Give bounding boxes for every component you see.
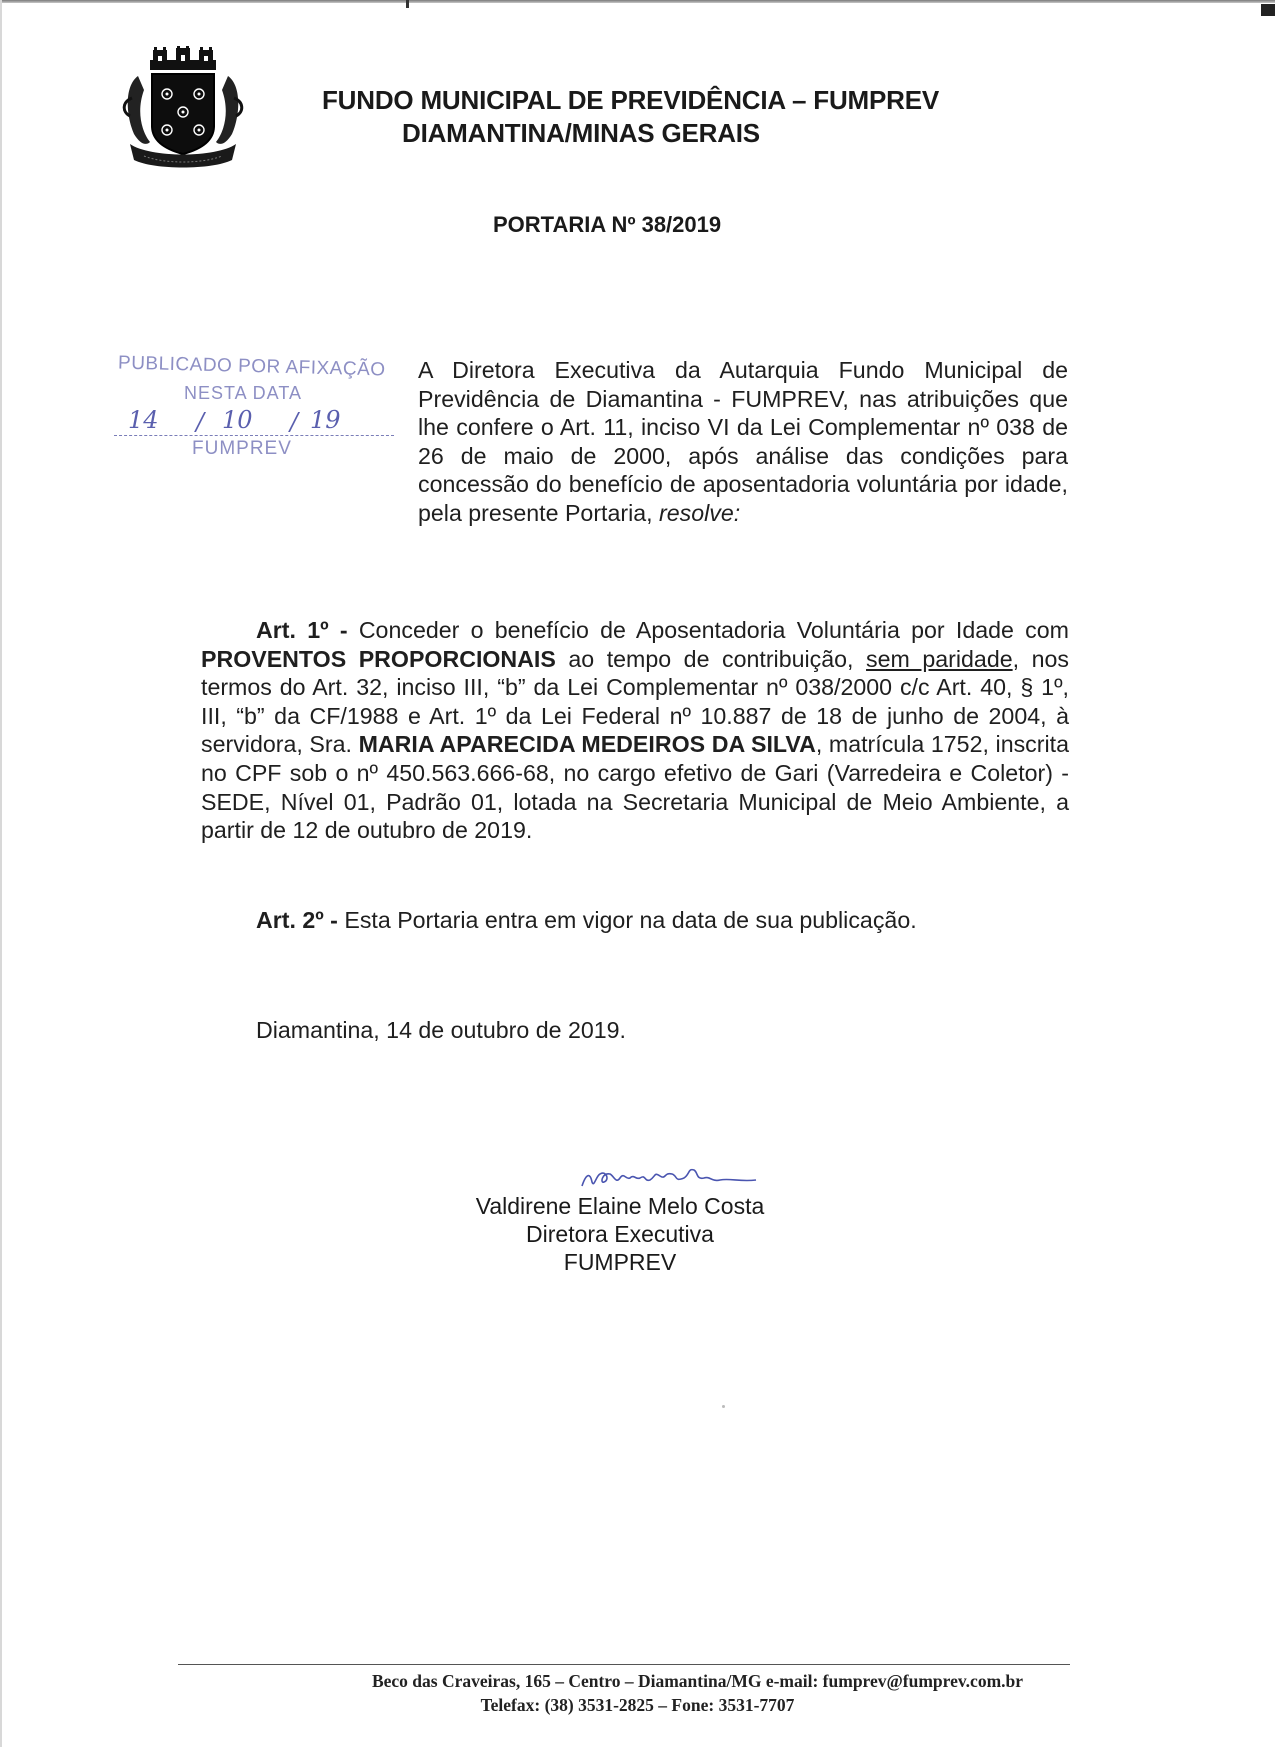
signatory-org: FUMPREV [440,1248,800,1276]
header-institution: FUNDO MUNICIPAL DE PREVIDÊNCIA – FUMPREV [322,85,939,115]
article-1: Art. 1º - Conceder o benefício de Aposen… [201,616,1069,845]
scan-mark [406,0,409,8]
coat-of-arms-icon [120,46,246,168]
stamp-year: 19 [310,406,341,434]
stamp-sep: / [290,408,298,436]
place-date: Diamantina, 14 de outubro de 2019. [256,1016,756,1045]
article-2-text: Esta Portaria entra em vigor na data de … [344,907,916,933]
stamp-line-1: PUBLICADO POR AFIXAÇÃO [118,353,386,382]
article-1-underlined: sem paridade [866,646,1013,672]
intro-paragraph: A Diretora Executiva da Autarquia Fundo … [418,356,1068,528]
signatory-name: Valdirene Elaine Melo Costa [440,1192,800,1220]
beneficiary-name: MARIA APARECIDA MEDEIROS DA SILVA [359,731,816,757]
header-location: DIAMANTINA/MINAS GERAIS [402,118,760,148]
footer-address: Beco das Craveiras, 165 – Centro – Diama… [60,1671,1275,1692]
article-1-label: Art. 1º - [256,617,348,643]
stamp-month: 10 [222,406,253,434]
scan-speck [722,1405,725,1408]
intro-resolve: resolve: [659,500,740,526]
footer-divider [178,1664,1070,1665]
document-title: PORTARIA Nº 38/2019 [493,212,721,238]
article-1-text: Conceder o benefício de Aposentadoria Vo… [359,617,1069,643]
stamp-day: 14 [128,406,159,434]
article-2: Art. 2º - Esta Portaria entra em vigor n… [256,906,1056,935]
scan-left-edge [0,0,2,1747]
stamp-date: 14 / 10 / 19 [114,406,400,436]
scan-mark [1261,4,1275,16]
article-1-text: ao tempo de contribuição, [568,646,853,672]
signature-scribble-icon [580,1160,780,1192]
article-1-emphasis: PROVENTOS PROPORCIONAIS [201,646,556,672]
footer-phones: Telefax: (38) 3531-2825 – Fone: 3531-770… [0,1695,1275,1716]
publication-stamp: PUBLICADO POR AFIXAÇÃO NESTA DATA 14 / 1… [114,350,414,475]
article-2-label: Art. 2º - [256,907,338,933]
stamp-line-2: NESTA DATA [184,383,302,404]
stamp-sep: / [196,408,204,436]
stamp-underline [114,435,394,437]
signatory-role: Diretora Executiva [440,1220,800,1248]
scan-top-edge [0,0,1275,3]
stamp-line-3: FUMPREV [192,438,292,460]
intro-text: A Diretora Executiva da Autarquia Fundo … [418,357,1068,526]
